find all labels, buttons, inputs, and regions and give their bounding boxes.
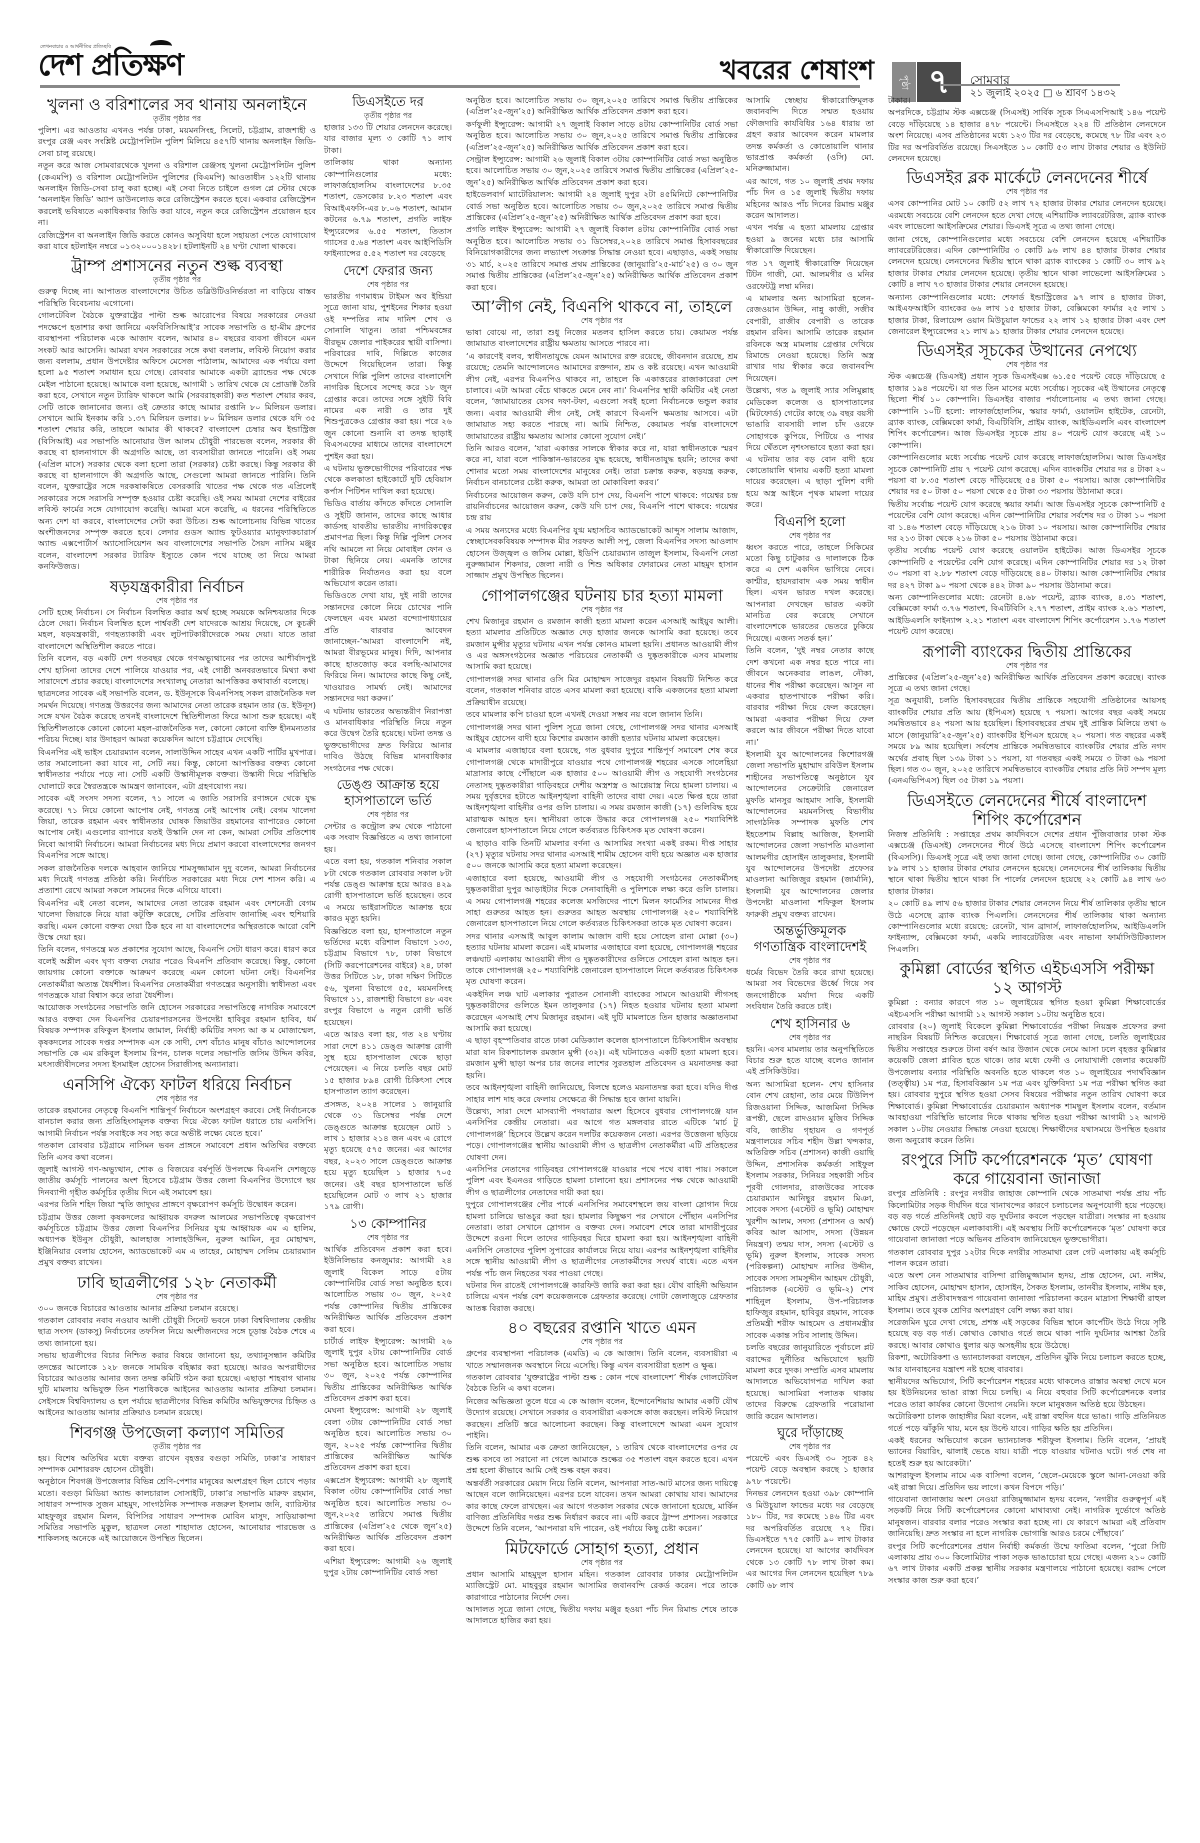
story-paragraph: নির্বাচনের আয়োজন করুন, কেউ যদি চাপ দেয়…: [466, 490, 738, 524]
story-paragraph: তৃতীয় সর্বোচ্চ পয়েন্ট যোগ করেছে ওয়ালট…: [888, 545, 1166, 591]
story-paragraph: তিনি বলেন, ‘দুই নম্বর নেতার কাছে দেশ কখন…: [746, 645, 874, 748]
continuation-note: শেষ পৃষ্ঠার পর: [746, 1033, 874, 1043]
news-story: খুলনা ও বরিশালের সব থানায় অনলাইনেতৃতীয়…: [38, 95, 316, 252]
continuation-note: শেষ পৃষ্ঠার পর: [888, 360, 1166, 370]
story-paragraph: একই ধরনের অভিযোগ করেন ভ্যানচালক শরীফুল ই…: [888, 1435, 1166, 1469]
continuation-note: তৃতীয় পৃষ্ঠার পর: [38, 275, 316, 285]
story-paragraph: উল্লেখ্য, সারা দেশে মাসব্যাপী পদযাত্রার …: [466, 1106, 738, 1163]
news-story: দেশে ফেরার জন্যশেষ পৃষ্ঠার পরভারতীয় গণম…: [324, 264, 452, 774]
news-story: গোপালগঞ্জের ঘটনায় চার হত্যা মামলাশেষ পৃ…: [466, 586, 738, 1314]
story-paragraph: এ মামলার এজাহারে বলা হয়েছে, গত বুধবার দ…: [466, 745, 738, 836]
story-paragraph: গায়েবানা জানাজায় অংশ নেওয়া রাজিমুজ্জা…: [888, 1494, 1166, 1540]
story-paragraph: চার্টার্ড লাইফ ইন্স্যুরেন্স: আগামী ২৬ জু…: [324, 1336, 452, 1404]
continuation-note: তৃতীয় পৃষ্ঠার পর: [324, 111, 452, 121]
story-paragraph: উল্লেখ্য, গত ৯ জুলাই স্যার সলিমুল্লাহ মে…: [746, 385, 874, 510]
story-paragraph: অপরদিকে, চট্টগ্রাম স্টক এক্সচেঞ্জ (সিএসই…: [888, 107, 1166, 164]
story-paragraph: পয়েন্টে এবং ডিএসই ৩০ সূচক ৪২ পয়েন্ট বে…: [746, 1453, 874, 1487]
news-story: ডেঙ্গু আক্রান্ত হয়ে হাসপাতালে ভর্তিশেষ …: [324, 778, 452, 1213]
story-paragraph: চট্টগ্রাম উত্তর জেলা কৃষকদলের আহ্বায়ক ব…: [38, 1212, 316, 1269]
story-paragraph: গুরুত্ব দিচ্ছে না। আপাতত বাংলাদেশের উচিত…: [38, 286, 316, 309]
news-story: ঢাবি ছাত্রলীগের ১২৮ নেতাকর্মীশেষ পৃষ্ঠার…: [38, 1273, 316, 1419]
story-paragraph: ছাত্রদলের সাবেক এই সভাপতি বলেন, ড. ইউনূস…: [38, 688, 316, 745]
story-paragraph: চলতি বছরের জানুয়ারিতে পূর্বাচলে প্লট বর…: [746, 1342, 874, 1422]
continuation-note: শেষ পৃষ্ঠার পর: [38, 596, 316, 606]
story-paragraph: আসামি স্বেচ্ছায় স্বীকারোক্তিমূলক জবানবন…: [746, 95, 874, 175]
story-headline[interactable]: ষড়যন্ত্রকারীরা নির্বাচন: [38, 577, 316, 596]
story-paragraph: এতে অংশ নেন সাতমাথার বাসিন্দা রাজিমুজ্জা…: [888, 1270, 1166, 1316]
story-paragraph: টাকার।: [888, 95, 1166, 106]
continuation-note: তৃতীয় পৃষ্ঠার পর: [38, 1442, 316, 1452]
story-paragraph: একইদিন লঞ্চ ঘাট এলাকার পুরাতন সোনালী ব্য…: [466, 989, 738, 1035]
continuation-note: শেষ পৃষ্ঠার পর: [746, 531, 874, 541]
story-paragraph: সেন্ট্রাল ইন্স্যুরেন্স: আগামী ২৬ জুলাই ব…: [466, 154, 738, 188]
story-paragraph: ভিডিও বার্তায় কাঁদতে কাঁদতে সোনালি ও সু…: [324, 498, 452, 589]
story-paragraph: তবে আইনশৃঙ্খলা বাহিনী জানিয়েছে, বিলম্বে…: [466, 1082, 738, 1105]
story-headline[interactable]: রংপুরে সিটি কর্পোরেশনকে ‘মৃত’ ঘোষণা করে …: [888, 1150, 1166, 1188]
story-paragraph: সেটি হচ্ছে নির্বাচন। সে নির্বাচন বিলম্বি…: [38, 607, 316, 653]
story-paragraph: হয়নি। এসব মামলায় তার অনুপস্থিতিতে বিচা…: [746, 1044, 874, 1078]
story-paragraph: আর্থিক প্রতিবেদন প্রকাশ করা হবে। ইউনিলিভ…: [324, 1244, 452, 1335]
story-paragraph: এরপর তিনি শহিদ জিয়া স্মৃতি জাদুঘর প্রাঙ…: [38, 1199, 316, 1210]
news-story: এনসিপি ঐক্যে ফাটল ধরিয়ে নির্বাচনশেষ পৃষ…: [38, 1075, 316, 1269]
story-paragraph: ভারতীয় গণমাধ্যম টাইমস অব ইন্ডিয়া সূত্র…: [324, 291, 452, 462]
story-paragraph: তিনি আরও বলেন, ‘যারা একাত্তর সালকে স্বীক…: [466, 443, 738, 489]
news-story: ষড়যন্ত্রকারীরা নির্বাচনশেষ পৃষ্ঠার পরসে…: [38, 577, 316, 1071]
story-paragraph: ধর্মের বিভেদ তৈরি করে রাখা হয়েছে। আমরা …: [746, 967, 874, 1013]
story-paragraph: ধ্বংস করতে পারে, তাহলে সিকিমের মতো কিছু …: [746, 542, 874, 645]
news-story: রূপালী ব্যাংকের দ্বিতীয় প্রান্তিকেরশেষ …: [888, 642, 1166, 787]
story-paragraph: অনুষ্ঠিত হবে। আলোচিত সভায় ৩০ জুন,২০২৫ ত…: [466, 95, 738, 118]
story-headline[interactable]: ডিএসইর ব্লক মার্কেটে লেনদেনের শীর্ষে: [888, 168, 1166, 187]
column-5: টাকার।অপরদিকে, চট্টগ্রাম স্টক এক্সচেঞ্জ …: [888, 95, 1166, 1590]
story-paragraph: তিনি বলেন, আমার এক ক্রেতা জানিয়েছেন, ১ …: [466, 1442, 738, 1476]
news-story: কুমিল্লা বোর্ডের স্থগিত এইচএসসি পরীক্ষা …: [888, 959, 1166, 1146]
story-paragraph: দুপুরে গোপালগঞ্জের পৌর পার্কে এনসিপির সম…: [466, 1199, 738, 1279]
news-story: শিবগঞ্জ উপজেলা কল্যাণ সমিতিরতৃতীয় পৃষ্ঠ…: [38, 1423, 316, 1545]
story-paragraph: অন্তর্বর্তী সরকারের মেয়াদ নিয়ে তিনি বল…: [466, 1478, 738, 1535]
news-story: বিএনপি হলোশেষ পৃষ্ঠার পরধ্বংস করতে পারে,…: [746, 515, 874, 920]
news-story: রংপুরে সিটি কর্পোরেশনকে ‘মৃত’ ঘোষণা করে …: [888, 1150, 1166, 1586]
story-paragraph: জুলাই আগস্ট গণ-অভ্যুত্থান, শোক ও বিজয়ের…: [38, 1164, 316, 1198]
story-paragraph: গোলটেবিল বৈঠকে যুক্তরাষ্ট্রের পাল্টা শুল…: [38, 310, 316, 572]
story-paragraph: মেঘনা ইন্স্যুরেন্স: আগামী ২৮ জুলাই বেলা …: [324, 1405, 452, 1473]
story-paragraph: গোপালগঞ্জ সদর থানা পুলিশ সূত্রে জানা গেছ…: [466, 722, 738, 745]
story-paragraph: তবে মামলার কপি চাওয়া হলে এখনই দেওয়া সম…: [466, 709, 738, 720]
story-headline[interactable]: আ’লীগ নেই, বিএনপি থাকবে না, তাহলে: [466, 297, 738, 316]
story-headline[interactable]: গোপালগঞ্জের ঘটনায় চার হত্যা মামলা: [466, 586, 738, 605]
continuation-note: শেষ পৃষ্ঠার পর: [746, 1442, 874, 1452]
news-story: আ’লীগ নেই, বিএনপি থাকবে না, তাহলেশেষ পৃষ…: [466, 297, 738, 582]
story-paragraph: দ্বিতীয় সর্বোচ্চ পয়েন্ট যোগ করেছে স্কয…: [888, 499, 1166, 545]
story-paragraph: রংপুর সিটি কর্পোরেশনের প্রধান নির্বাহী ক…: [888, 1541, 1166, 1587]
story-paragraph: এ ছাড়া বৃহস্পতিবার রাতে ঢাকা মেডিক্যাল …: [466, 1035, 738, 1081]
news-story: আসামি স্বেচ্ছায় স্বীকারোক্তিমূলক জবানবন…: [746, 95, 874, 511]
date-rule: [940, 84, 1120, 86]
story-paragraph: অন্য আসামিরা হলেন- শেখ হাসিনার বোন শেখ র…: [746, 1079, 874, 1341]
story-paragraph: এজাহারে বলা হয়েছে, আওয়ামী লীগ ও সহযোগী…: [466, 873, 738, 930]
story-headline[interactable]: ট্রাম্প প্রশাসনের নতুন শুল্ক ব্যবস্থা: [38, 256, 316, 275]
story-paragraph: প্রধান আসামি মাহমুদুল হাসান মহিন। গতকাল …: [466, 1569, 738, 1603]
story-paragraph: ঘটনার দিন রাতেই গোপালগঞ্জে কারফিউ জারি ক…: [466, 1280, 738, 1314]
story-paragraph: গ্রুপের ব্যবস্থাপনা পরিচালক (এমডি) এ কে …: [466, 1348, 738, 1371]
story-paragraph: এক্সপ্রেস ইন্স্যুরেন্স: আগামী ২৮ জুলাই ব…: [324, 1475, 452, 1555]
story-headline[interactable]: অন্তর্ভুক্তিমূলক গণতান্ত্রিক বাংলাদেশই: [746, 924, 874, 956]
story-paragraph: অন্যান্য কোম্পানিগুলোর মধ্যে: শেফার্ড ইন…: [888, 292, 1166, 338]
story-paragraph: গতকাল রোববার চট্টগ্রামে নাসিমন ভবন প্রাঙ…: [38, 1140, 316, 1163]
continuation-note: শেষ পৃষ্ঠার পর: [466, 1337, 738, 1347]
story-paragraph: সদর থানার এসআই আবুল কালাম আজাদ বাদী হয়ে…: [466, 931, 738, 988]
story-headline[interactable]: দেশে ফেরার জন্য: [324, 264, 452, 280]
story-paragraph: তিনি বলেন, গণতন্ত্রে মত প্রকাশের সুযোগ আ…: [38, 944, 316, 1001]
continuation-note: শেষ পৃষ্ঠার পর: [888, 661, 1166, 671]
story-paragraph: এ ঘটনায় ভুক্তভোগীদের পরিবারের পক্ষ থেকে…: [324, 463, 452, 497]
story-paragraph: গতকাল রোববার ‘যুক্তরাষ্ট্রের পাল্টা শুল্…: [466, 1372, 738, 1395]
story-paragraph: এ ঘটনায় ভারতের অভ্যন্তরীণ নিরাপত্তা ও ম…: [324, 706, 452, 774]
story-paragraph: এতে বলা হয়, গতকাল শনিবার সকাল ৮টা থেকে …: [324, 856, 452, 924]
story-paragraph: গত ১৭ জুলাই স্বীকারোক্তি দিয়েছেন টিটন গ…: [746, 258, 874, 292]
story-paragraph: দিনভর লেনদেন হওয়া ৩৯৮ কোম্পানি ও মিউচুয…: [746, 1488, 874, 1591]
story-paragraph: রোববার (২০) জুলাই বিকেলে কুমিল্লা শিক্ষা…: [888, 1021, 1166, 1146]
story-headline[interactable]: কুমিল্লা বোর্ডের স্থগিত এইচএসসি পরীক্ষা …: [888, 959, 1166, 997]
story-paragraph: ইসলামী যুব আন্দোলনের কিশোরগঞ্জ জেলা সভাপ…: [746, 749, 874, 920]
story-headline[interactable]: বিএনপি হলো: [746, 515, 874, 531]
story-headline[interactable]: শিবগঞ্জ উপজেলা কল্যাণ সমিতির: [38, 1423, 316, 1442]
story-paragraph: অনুষ্ঠানে শিবগঞ্জ উপজেলার বিভিন্ন শ্রেণি…: [38, 1476, 316, 1544]
story-paragraph: হাজার ১৩৩ টি শেয়ার লেনদেন করেছে। যার বা…: [324, 122, 452, 156]
column-1: খুলনা ও বরিশালের সব থানায় অনলাইনেতৃতীয়…: [38, 95, 316, 1549]
continuation-note: তৃতীয় পৃষ্ঠার পর: [38, 114, 316, 124]
story-paragraph: এ ছাড়াও বাকি তিনটি মামলার বর্ণনা ও আসাম…: [466, 838, 738, 872]
column-2: ডিএসইতে দরতৃতীয় পৃষ্ঠার পরহাজার ১৩৩ টি …: [324, 95, 452, 1583]
story-paragraph: রিকশা, অটোরিকশা ও ভ্যানচালকরা বলছেন, প্র…: [888, 1352, 1166, 1375]
news-story: ডিএসইতে লেনদেনের শীর্ষে বাংলাদেশ শিপিং ক…: [888, 791, 1166, 955]
story-paragraph: অন্য কোম্পানিগুলোর মধ্যে: রেনেটা ৪.৬৮ পয…: [888, 592, 1166, 638]
story-paragraph: রেজিস্ট্রেশন বা অনলাইন জিডি করতে কোনও অস…: [38, 230, 316, 253]
story-paragraph: এর আগে, গত ১০ জুলাই প্রথম দফায় পাঁচ দিন…: [746, 176, 874, 222]
story-paragraph: হয়। বিশেষ অতিথির মধ্যে বক্তব্য রাখেন বৃ…: [38, 1453, 316, 1476]
story-paragraph: কোম্পানিগুলোর মধ্যে সর্বোচ্চ পয়েন্ট যোগ…: [888, 452, 1166, 498]
continuation-note: শেষ পৃষ্ঠার পর: [746, 956, 874, 966]
story-paragraph: ৩০০ জনকে বিচারের আওতায় আনার প্রক্রিয়া …: [38, 1303, 316, 1314]
story-paragraph: এ মামলার অন্য আসামিরা হলেন-রেজওয়ান উদ্দ…: [746, 293, 874, 384]
news-story: ঘুরে দাঁড়াচ্ছেশেষ পৃষ্ঠার পরপয়েন্টে এব…: [746, 1426, 874, 1591]
story-paragraph: ভাষা বোঝে না, তারা শুধু নিজের মতলব হাসিল…: [466, 327, 738, 350]
story-paragraph: ‘এ কারণেই বলব, স্বাধীনতাযুদ্ধে যেমন আমাদ…: [466, 351, 738, 442]
story-paragraph: নিজের অভিজ্ঞতা তুলে ধরে এ কে আজাদ বলেন, …: [466, 1396, 738, 1442]
news-story: ১৩ কোম্পানিরশেষ পৃষ্ঠার পরআর্থিক প্রতিবে…: [324, 1217, 452, 1579]
story-paragraph: সরেজমিন ঘুরে দেখা গেছে, প্রশস্ত এই সড়কে…: [888, 1317, 1166, 1351]
story-paragraph: ২০ কোটি ৪৯ লাখ ৫৬ হাজার টাকার শেয়ার লেন…: [888, 898, 1166, 955]
continuation-note: শেষ পৃষ্ঠার পর: [466, 316, 738, 326]
continuation-note: শেষ পৃষ্ঠার পর: [324, 1233, 452, 1243]
column-4: আসামি স্বেচ্ছায় স্বীকারোক্তিমূলক জবানবন…: [746, 95, 874, 1595]
news-story: মিটফোর্ডে সোহাগ হত্যা, প্রধানশেষ পৃষ্ঠার…: [466, 1539, 738, 1627]
story-headline[interactable]: ডিএসইতে লেনদেনের শীর্ষে বাংলাদেশ শিপিং ক…: [888, 791, 1166, 829]
continuation-note: শেষ পৃষ্ঠার পর: [38, 1292, 316, 1302]
story-paragraph: বিএনপির এই ভাইস চেয়ারম্যান বলেন, সালাউদ…: [38, 747, 316, 793]
story-paragraph: সকল রাজনৈতিক দলকে আহবান জানিয়ে শামসুজ্জ…: [38, 863, 316, 897]
story-paragraph: গতকাল রোববার দুপুর ১২টার দিকে নগরীর সাতম…: [888, 1247, 1166, 1270]
story-paragraph: জানা গেছে, কোম্পানিগুলোর মধ্যে সবচেয়ে ব…: [888, 234, 1166, 291]
story-paragraph: পুলিশ। এর আওতায় এখনও পর্যন্ত ঢাকা, ময়ম…: [38, 125, 316, 159]
news-story: ডিএসইর ব্লক মার্কেটে লেনদেনের শীর্ষেশেষ …: [888, 168, 1166, 337]
story-paragraph: হাইডেলবার্গ ম্যাটেরিয়ালস: আগামী ২৪ জুলা…: [466, 189, 738, 223]
story-headline[interactable]: রূপালী ব্যাংকের দ্বিতীয় প্রান্তিকের: [888, 642, 1166, 661]
story-paragraph: গোপালগঞ্জ সদর থানার ওসি মির মোহাম্মদ সাজ…: [466, 674, 738, 708]
story-paragraph: সভায় ছাত্রলীগের বিচার নিশ্চিত করার বিষয…: [38, 1350, 316, 1418]
continuation-note: শেষ পৃষ্ঠার পর: [324, 280, 452, 290]
story-paragraph: কুমিল্লা : বন্যার কারণে গত ১০ জুলাইয়ের …: [888, 997, 1166, 1020]
story-headline[interactable]: ঘুরে দাঁড়াচ্ছে: [746, 1426, 874, 1442]
story-paragraph: নতুন করে আজ সোমবারথেকে খুলনা ও বরিশাল রে…: [38, 160, 316, 228]
continuation-note: শেষ পৃষ্ঠার পর: [888, 187, 1166, 197]
story-paragraph: প্রসঙ্গত, ২০২৪ সালের ১ জানুয়ারি থেকে ৩১…: [324, 1099, 452, 1213]
news-story: শেখ হাসিনার ৬শেষ পৃষ্ঠার পরহয়নি। এসব মা…: [746, 1017, 874, 1422]
column-3: অনুষ্ঠিত হবে। আলোচিত সভায় ৩০ জুন,২০২৫ ত…: [466, 95, 738, 1631]
story-headline[interactable]: ১৩ কোম্পানির: [324, 1217, 452, 1233]
news-story: ট্রাম্প প্রশাসনের নতুন শুল্ক ব্যবস্থাতৃত…: [38, 256, 316, 572]
story-paragraph: প্রান্তিকের (এপ্রিল’২৫-জুন’২৫) অনিরীক্ষি…: [888, 672, 1166, 695]
story-paragraph: শেখ মিজানুর রহমান ও রমজান কাজী হত্যা মাম…: [466, 616, 738, 673]
story-paragraph: স্টক এক্সচেঞ্জ (ডিএসই) প্রধান সূচক ডিএসই…: [888, 371, 1166, 451]
story-paragraph: রংপুর প্রতিনিধি : রংপুর নগরীর জাহাজ কোম্…: [888, 1188, 1166, 1245]
story-paragraph: নিজস্ব প্রতিনিধি : সপ্তাহের প্রথম কার্যদ…: [888, 829, 1166, 897]
story-paragraph: তালিকায় থাকা অন্যান্য কোম্পানিগুলোর মধ্…: [324, 157, 452, 260]
story-paragraph: অটোরিকশা চালক জাহাঙ্গীর মিয়া বলেন, এই র…: [888, 1411, 1166, 1434]
story-paragraph: আদালত সূত্রে জানা গেছে, দ্বিতীয় দফায় ম…: [466, 1604, 738, 1627]
story-paragraph: স্থানীয়দের অভিযোগ, সিটি কর্পোরেশন শহরের…: [888, 1376, 1166, 1410]
story-paragraph: বিজ্ঞপ্তিতে বলা হয়, হাসপাতালে নতুন ভর্ত…: [324, 926, 452, 1029]
story-paragraph: তারেক রহমানের নেতৃত্বে বিএনপি শান্তিপূর্…: [38, 1105, 316, 1139]
masthead: লেখনবাচার ও আর্থনীতির প্রতিচ্ছবি দেশ প্র…: [30, 20, 1170, 80]
news-story: অনুষ্ঠিত হবে। আলোচিত সভায় ৩০ জুন,২০২৫ ত…: [466, 95, 738, 293]
story-paragraph: আশরাফুল ইসলাম নামে এক বাসিন্দা বলেন, ‘ছে…: [888, 1470, 1166, 1493]
story-paragraph: এ সময় অন্যদের মধ্যে বিএনপির যুগ্ম মহাসচ…: [466, 525, 738, 582]
story-paragraph: গতকাল রোববার নবাব নওয়াব আলী চৌধুরী সিনে…: [38, 1315, 316, 1349]
masthead-rule: [40, 85, 860, 88]
story-headline[interactable]: ৪০ বছরের রপ্তানি খাতে এমন: [466, 1318, 738, 1337]
story-paragraph: এখন পর্যন্ত এ হত্যা মামলায় গ্রেপ্তার হও…: [746, 222, 874, 256]
story-headline[interactable]: ডিএসইর সূচকের উত্থানের নেপথ্যে: [888, 341, 1166, 360]
news-story: ডিএসইর সূচকের উত্থানের নেপথ্যেশেষ পৃষ্ঠা…: [888, 341, 1166, 637]
story-paragraph: প্রগতি লাইফ ইন্স্যুরেন্স: আগামী ২৭ জুলাই…: [466, 224, 738, 292]
news-story: অন্তর্ভুক্তিমূলক গণতান্ত্রিক বাংলাদেশইশে…: [746, 924, 874, 1013]
newspaper-logo[interactable]: দেশ প্রতিক্ষণ: [38, 50, 183, 82]
story-headline[interactable]: এনসিপি ঐক্যে ফাটল ধরিয়ে নির্বাচন: [38, 1075, 316, 1094]
story-paragraph: এশিয়া ইন্স্যুরেন্স: আগামী ২৬ জুলাই দুপু…: [324, 1556, 452, 1579]
story-paragraph: সূত্র অনুযায়ী, চলতি হিসাববছরের দ্বিতীয়…: [888, 695, 1166, 786]
story-headline[interactable]: ডেঙ্গু আক্রান্ত হয়ে হাসপাতালে ভর্তি: [324, 778, 452, 810]
story-paragraph: আয়োজক সংগঠনের সভাপতি জনি হোসেন সরকারের …: [38, 1002, 316, 1070]
news-story: টাকার।অপরদিকে, চট্টগ্রাম স্টক এক্সচেঞ্জ …: [888, 95, 1166, 164]
story-paragraph: সাবেক এই সংসদ সদস্য বলেন, ৭১ সালে এ জাতি…: [38, 793, 316, 861]
story-paragraph: এনসিপির নেতাদের গাড়িবহর গোপালগঞ্জে যাওয…: [466, 1164, 738, 1198]
story-headline[interactable]: ঢাবি ছাত্রলীগের ১২৮ নেতাকর্মী: [38, 1273, 316, 1292]
news-story: ডিএসইতে দরতৃতীয় পৃষ্ঠার পরহাজার ১৩৩ টি …: [324, 95, 452, 260]
continuation-note: শেষ পৃষ্ঠার পর: [466, 1558, 738, 1568]
story-headline[interactable]: শেখ হাসিনার ৬: [746, 1017, 874, 1033]
story-headline[interactable]: মিটফোর্ডে সোহাগ হত্যা, প্রধান: [466, 1539, 738, 1558]
story-headline[interactable]: ডিএসইতে দর: [324, 95, 452, 111]
story-paragraph: বিএনপির এই নেতা বলেন, আমাদের নেতা তারেক …: [38, 898, 316, 944]
story-paragraph: এতে আরও বলা হয়, গত ২৪ ঘণ্টায় সারা দেশে…: [324, 1029, 452, 1097]
continuation-note: শেষ পৃষ্ঠার পর: [466, 605, 738, 615]
story-paragraph: তিনি বলেন, বড় একটি দেশ গতবছর থেকে গণঅভ্…: [38, 653, 316, 687]
continuation-note: শেষ পৃষ্ঠার পর: [324, 810, 452, 820]
story-headline[interactable]: খুলনা ও বরিশালের সব থানায় অনলাইনে: [38, 95, 316, 114]
story-paragraph: কর্ণফুলী ইন্স্যুরেন্স: আগামী ২৭ জুলাই বি…: [466, 119, 738, 153]
story-paragraph: সেন্টার ও কন্ট্রোল রুম থেকে পাঠানো এক সং…: [324, 821, 452, 855]
story-paragraph: ভিডিওতে দেখা যায়, দুই নারী তাদের সন্তান…: [324, 590, 452, 704]
news-story: ৪০ বছরের রপ্তানি খাতে এমনশেষ পৃষ্ঠার পরগ…: [466, 1318, 738, 1535]
story-paragraph: এসব কোম্পানির মোট ১০ কোটি ৫২ লাখ ৭২ হাজা…: [888, 198, 1166, 232]
continuation-note: শেষ পৃষ্ঠার পর: [38, 1094, 316, 1104]
